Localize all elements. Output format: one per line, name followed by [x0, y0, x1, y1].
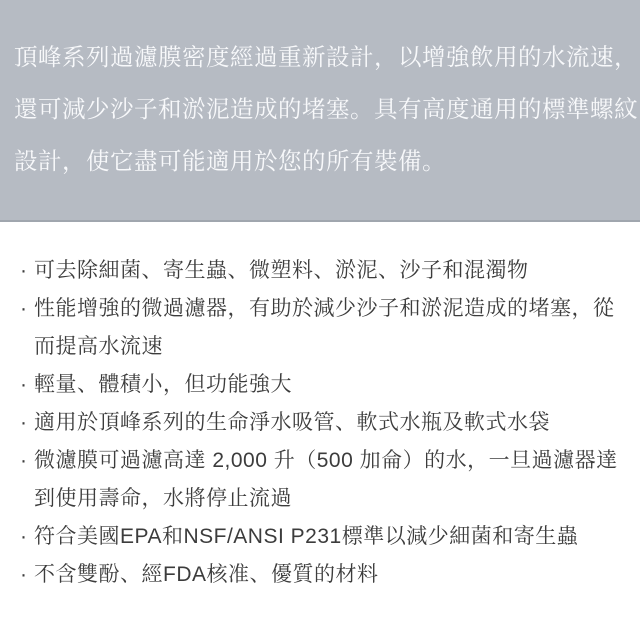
bullet-icon: ·	[20, 556, 28, 594]
bullet-icon: ·	[20, 290, 28, 328]
bullet-icon: ·	[20, 252, 28, 290]
list-item: · 不含雙酚、經FDA核准、優質的材料	[0, 556, 626, 594]
list-item: · 微濾膜可過濾高達 2,000 升（500 加侖）的水，一旦過濾器達到使用壽命…	[0, 442, 626, 518]
feature-list: · 可去除細菌、寄生蟲、微塑料、淤泥、沙子和混濁物 · 性能增強的微過濾器，有助…	[0, 252, 640, 594]
list-item: · 性能增強的微過濾器，有助於減少沙子和淤泥造成的堵塞，從而提高水流速	[0, 290, 626, 366]
list-item: · 符合美國EPA和NSF/ANSI P231標準以減少細菌和寄生蟲	[0, 518, 626, 556]
list-item: · 適用於頂峰系列的生命淨水吸管、軟式水瓶及軟式水袋	[0, 404, 626, 442]
product-description-header: 頂峰系列過濾膜密度經過重新設計，以增強飲用的水流速， 還可減少沙子和淤泥造成的堵…	[0, 0, 640, 222]
bullet-icon: ·	[20, 518, 28, 556]
feature-text: 微濾膜可過濾高達 2,000 升（500 加侖）的水，一旦過濾器達到使用壽命，水…	[34, 449, 618, 510]
description-line: 設計，使它盡可能適用於您的所有裝備。	[14, 135, 626, 187]
feature-text: 可去除細菌、寄生蟲、微塑料、淤泥、沙子和混濁物	[34, 259, 529, 282]
feature-text: 輕量、體積小，但功能強大	[34, 373, 292, 396]
bullet-icon: ·	[20, 442, 28, 480]
feature-text: 適用於頂峰系列的生命淨水吸管、軟式水瓶及軟式水袋	[34, 411, 550, 434]
description-line: 頂峰系列過濾膜密度經過重新設計，以增強飲用的水流速，	[14, 31, 626, 83]
bullet-icon: ·	[20, 366, 28, 404]
feature-text: 性能增強的微過濾器，有助於減少沙子和淤泥造成的堵塞，從而提高水流速	[34, 297, 615, 358]
bullet-icon: ·	[20, 404, 28, 442]
description-line: 還可減少沙子和淤泥造成的堵塞。具有高度通用的標準螺紋	[14, 83, 626, 135]
feature-text: 符合美國EPA和NSF/ANSI P231標準以減少細菌和寄生蟲	[34, 525, 578, 548]
list-item: · 輕量、體積小，但功能強大	[0, 366, 626, 404]
list-item: · 可去除細菌、寄生蟲、微塑料、淤泥、沙子和混濁物	[0, 252, 626, 290]
feature-text: 不含雙酚、經FDA核准、優質的材料	[34, 563, 379, 586]
